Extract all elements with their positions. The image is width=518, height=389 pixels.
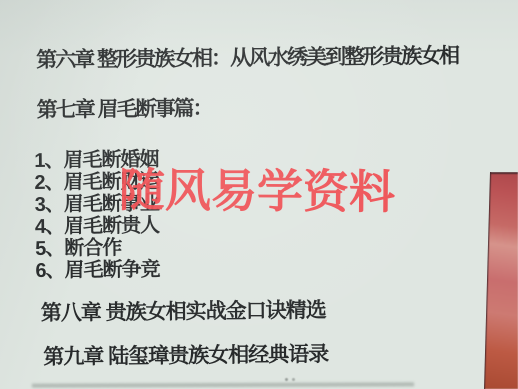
page-surface: 第六章 整形贵族女相：从风水绣美到整形贵族女相 第七章 眉毛断事篇： 1、眉毛断…	[0, 0, 518, 389]
photo-top-border	[489, 172, 518, 174]
chapter-six-heading: 第六章 整形贵族女相：从风水绣美到整形贵族女相	[36, 40, 458, 74]
red-watermark-text: 随风易学资料	[119, 167, 395, 215]
photographed-book-page: 第六章 整形贵族女相：从风水绣美到整形贵族女相 第七章 眉毛断事篇： 1、眉毛断…	[0, 0, 518, 389]
chapter-eight-heading: 第八章 贵族女相实战金口诀精选	[41, 294, 326, 327]
pink-photo-edge	[484, 172, 518, 389]
list-item-competition: 6、眉毛断争竞	[35, 253, 159, 283]
chapter-seven-heading: 第七章 眉毛断事篇：	[37, 92, 212, 124]
chapter-nine-heading: 第九章 陆玺璋贵族女相经典语录	[43, 338, 328, 371]
